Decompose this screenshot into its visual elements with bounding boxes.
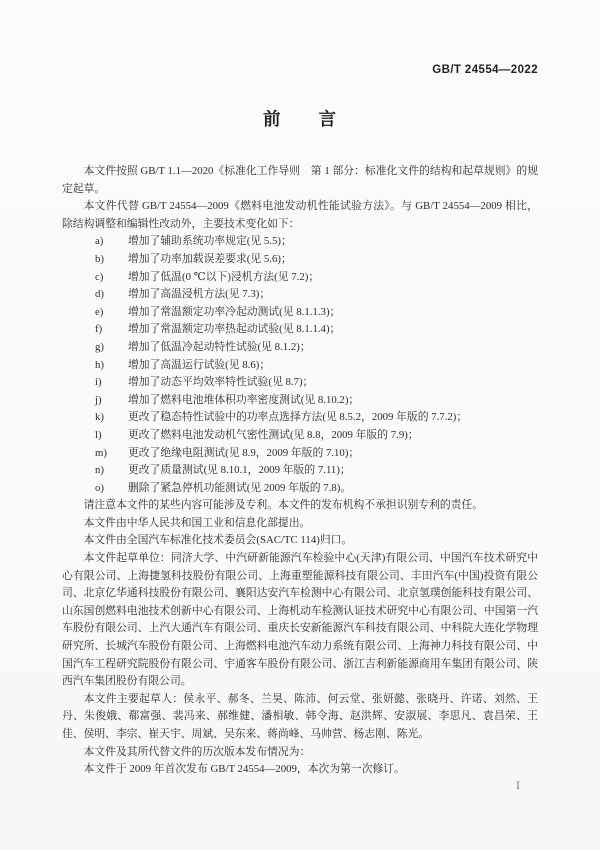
- paragraph-drafting-rule: 本文件按照 GB/T 1.1—2020《标准化工作导则 第 1 部分：标准化文件…: [62, 163, 538, 198]
- change-item-text: 增加了功率加载误差要求(见 5.6)；: [128, 251, 538, 269]
- change-item: c)增加了低温(0 ℃以下)浸机方法(见 7.2)；: [62, 269, 538, 287]
- paragraph-proposed-by: 本文件由中华人民共和国工业和信息化部提出。: [62, 515, 538, 533]
- paragraph-replaces: 本文件代替 GB/T 24554—2009《燃料电池发动机性能试验方法》。与 G…: [62, 198, 538, 233]
- foreword-body: 本文件按照 GB/T 1.1—2020《标准化工作导则 第 1 部分：标准化文件…: [62, 163, 538, 779]
- change-item-label: e): [95, 304, 128, 322]
- change-item: g)增加了低温冷起动特性试验(见 8.1.2)；: [62, 339, 538, 357]
- change-item-text: 增加了常温额定功率冷起动测试(见 8.1.1.3)；: [128, 304, 538, 322]
- paragraph-drafters: 本文件主要起草人：侯永平、郝冬、兰昊、陈沛、何云堂、张妍懿、张晓丹、许诺、刘然、…: [62, 691, 538, 744]
- change-item-text: 增加了高温浸机方法(见 7.3)；: [128, 286, 538, 304]
- change-item-text: 增加了动态平均效率特性试验(见 8.7)；: [128, 374, 538, 392]
- change-item-text: 删除了紧急停机功能测试(见 2009 年版的 7.8)。: [128, 480, 538, 498]
- change-item-text: 增加了燃料电池堆体积功率密度测试(见 8.10.2)；: [128, 392, 538, 410]
- change-item-label: a): [95, 233, 128, 251]
- change-item-text: 更改了稳态特性试验中的功率点选择方法(见 8.5.2，2009 年版的 7.7.…: [128, 409, 538, 427]
- change-item-label: g): [95, 339, 128, 357]
- paragraph-drafting-units: 本文件起草单位：同济大学、中汽研新能源汽车检验中心(天津)有限公司、中国汽车技术…: [62, 550, 538, 691]
- change-item: k)更改了稳态特性试验中的功率点选择方法(见 8.5.2，2009 年版的 7.…: [62, 409, 538, 427]
- standard-code: GB/T 24554—2022: [62, 64, 538, 76]
- paragraph-history: 本文件于 2009 年首次发布 GB/T 24554—2009，本次为第一次修订…: [62, 761, 538, 779]
- change-item: h)增加了高温运行试验(见 8.6)；: [62, 357, 538, 375]
- page-number: Ⅰ: [516, 781, 520, 792]
- change-item-label: o): [95, 480, 128, 498]
- change-item-label: c): [95, 269, 128, 287]
- change-item: d)增加了高温浸机方法(见 7.3)；: [62, 286, 538, 304]
- changes-list: a)增加了辅助系统功率规定(见 5.5)； b)增加了功率加载误差要求(见 5.…: [62, 233, 538, 497]
- change-item: b)增加了功率加载误差要求(见 5.6)；: [62, 251, 538, 269]
- change-item-text: 更改了质量测试(见 8.10.1，2009 年版的 7.11)；: [128, 462, 538, 480]
- change-item-label: j): [95, 392, 128, 410]
- change-item-label: d): [95, 286, 128, 304]
- change-item-label: b): [95, 251, 128, 269]
- paragraph-patent-notice: 请注意本文件的某些内容可能涉及专利。本文件的发布机构不承担识别专利的责任。: [62, 497, 538, 515]
- change-item-label: h): [95, 357, 128, 375]
- change-item-text: 增加了常温额定功率热起动试验(见 8.1.1.4)；: [128, 321, 538, 339]
- change-item: l)更改了燃料电池发动机气密性测试(见 8.8，2009 年版的 7.9)；: [62, 427, 538, 445]
- change-item: m)更改了绝缘电阻测试(见 8.9，2009 年版的 7.10)；: [62, 445, 538, 463]
- change-item: f)增加了常温额定功率热起动试验(见 8.1.1.4)；: [62, 321, 538, 339]
- change-item-text: 更改了绝缘电阻测试(见 8.9，2009 年版的 7.10)；: [128, 445, 538, 463]
- change-item-text: 增加了辅助系统功率规定(见 5.5)；: [128, 233, 538, 251]
- change-item-text: 增加了低温冷起动特性试验(见 8.1.2)；: [128, 339, 538, 357]
- change-item: a)增加了辅助系统功率规定(见 5.5)；: [62, 233, 538, 251]
- change-item: n)更改了质量测试(见 8.10.1，2009 年版的 7.11)；: [62, 462, 538, 480]
- change-item-label: i): [95, 374, 128, 392]
- change-item-text: 增加了低温(0 ℃以下)浸机方法(见 7.2)；: [128, 269, 538, 287]
- change-item-label: l): [95, 427, 128, 445]
- change-item: i)增加了动态平均效率特性试验(见 8.7)；: [62, 374, 538, 392]
- change-item-label: n): [95, 462, 128, 480]
- paragraph-centralized-by: 本文件由全国汽车标准化技术委员会(SAC/TC 114)归口。: [62, 532, 538, 550]
- change-item: e)增加了常温额定功率冷起动测试(见 8.1.1.3)；: [62, 304, 538, 322]
- change-item: j)增加了燃料电池堆体积功率密度测试(见 8.10.2)；: [62, 392, 538, 410]
- change-item-label: f): [95, 321, 128, 339]
- document-page: GB/T 24554—2022 前 言 本文件按照 GB/T 1.1—2020《…: [0, 0, 600, 850]
- change-item-label: k): [95, 409, 128, 427]
- change-item-label: m): [95, 445, 128, 463]
- change-item: o)删除了紧急停机功能测试(见 2009 年版的 7.8)。: [62, 480, 538, 498]
- change-item-text: 更改了燃料电池发动机气密性测试(见 8.8，2009 年版的 7.9)；: [128, 427, 538, 445]
- paragraph-history-intro: 本文件及其所代替文件的历次版本发布情况为：: [62, 744, 538, 762]
- change-item-text: 增加了高温运行试验(见 8.6)；: [128, 357, 538, 375]
- page-title: 前 言: [62, 106, 538, 131]
